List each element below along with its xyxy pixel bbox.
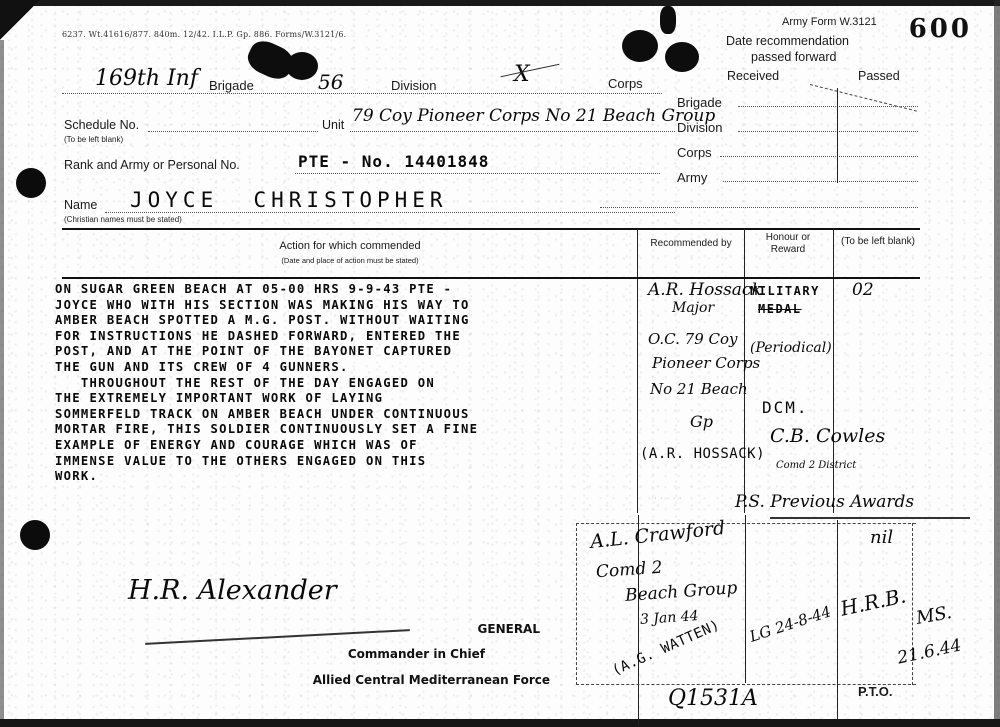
fill-line (105, 212, 675, 213)
signature: H.R. Alexander (128, 575, 337, 606)
fill-line (723, 181, 918, 182)
citation-line: Throughout the rest of the day engaged o… (55, 376, 640, 392)
citation-text: On Sugar Green Beach at 05-00 hrs 9-9-43… (55, 282, 640, 485)
faint-print: · · · · · · (648, 495, 683, 502)
forwarding-title-1: Date recommendation (726, 34, 849, 48)
honour-medal: MEDAL (758, 302, 802, 316)
gazette-date: LG 24-8-44 (747, 602, 833, 645)
citation-line: work. (55, 469, 640, 485)
col-passed: Passed (858, 69, 900, 83)
name-label: Name (64, 198, 97, 212)
corps-value: X (514, 62, 530, 87)
citation-line: Amber Beach spotted a M.G. Post. Without… (55, 313, 640, 329)
citation-line: post, and at the point of the bayonet ca… (55, 344, 640, 360)
award-recommendation-form: 6237. Wt.41616/877. 840m. 12/42. I.L.P. … (0, 0, 1000, 727)
citation-line: On Sugar Green Beach at 05-00 hrs 9-9-43… (55, 282, 640, 298)
citation-line: Joyce who with his section was making hi… (55, 298, 640, 314)
honour-periodical: (Periodical) (750, 340, 832, 356)
forwarding-title-2: passed forward (751, 50, 836, 64)
corps-label: Corps (608, 76, 643, 91)
citation-line: example of energy and courage which was … (55, 438, 640, 454)
punch-hole-icon (16, 168, 46, 198)
honour-signature: C.B. Cowles (770, 425, 885, 447)
division-label: Division (391, 78, 437, 93)
citation-line: immense value to the others engaged on t… (55, 454, 640, 470)
division-value: 56 (318, 70, 343, 94)
fill-line (738, 131, 918, 132)
scan-edge-left (0, 40, 4, 727)
header-blank: (To be left blank) (838, 236, 918, 248)
underline (770, 517, 970, 519)
citation-line: the extremely important work of laying (55, 391, 640, 407)
table-header-rule (62, 277, 920, 279)
reference-number: Q1531A (668, 686, 758, 711)
endorsement-box-top (576, 523, 916, 524)
slash-line (810, 84, 917, 112)
fill-line (738, 106, 918, 107)
endorsement-divider (837, 520, 838, 720)
recommended-by-line: (A.R. HOSSACK) (640, 446, 765, 462)
fill-line (350, 131, 675, 132)
schedule-note: (To be left blank) (64, 135, 123, 144)
stroke (501, 64, 560, 77)
punch-hole-icon (20, 520, 50, 550)
recommended-by-line: No 21 Beach (650, 380, 748, 398)
scan-edge-right (994, 0, 1000, 727)
endorsement-box-left (576, 523, 577, 685)
citation-line: mortar fire, this soldier continuously s… (55, 422, 640, 438)
table-top-rule (62, 228, 920, 230)
signature-command: Allied Central Mediterranean Force (230, 673, 550, 687)
citation-line: the gun and its crew of 4 gunners. (55, 360, 640, 376)
rank-label: Rank and Army or Personal No. (64, 158, 240, 172)
recommended-by-line: Major (672, 300, 714, 316)
recommended-by-line: Pioneer Corps (652, 354, 760, 372)
recommended-by-line: A.R. Hossack (648, 280, 762, 300)
honour-dcm: DCM. (762, 398, 809, 417)
ms-note: MS. (914, 602, 953, 629)
divider (837, 88, 838, 183)
form-title: Army Form W.3121 (782, 16, 877, 28)
header-recommended-by: Recommended by (642, 238, 740, 250)
citation-line: Sommerfeld track on Amber Beach under co… (55, 407, 640, 423)
fill-line (62, 93, 662, 94)
previous-awards-label: P.S. Previous Awards (735, 492, 914, 512)
initials: H.R.B. (838, 583, 908, 620)
header-honour: Honour or Reward (748, 232, 828, 256)
honour-comd: Comd 2 District (776, 460, 856, 471)
unit-value: 79 Coy Pioneer Corps No 21 Beach Group (352, 106, 715, 126)
endorsement-line: Comd 2 (595, 558, 663, 583)
honour-annotation: 02 (852, 280, 874, 300)
name-note: (Christian names must be stated) (64, 215, 182, 224)
signature-line (145, 629, 410, 645)
col-received: Received (727, 69, 779, 83)
schedule-label: Schedule No. (64, 118, 139, 132)
fill-line (295, 173, 660, 174)
endorsement-line: Beach Group (624, 578, 737, 606)
rank-value: PTE - No. 14401848 (298, 152, 489, 171)
honour-military: MILITARY (750, 284, 820, 298)
ink-blot (665, 42, 699, 72)
unit-label: Unit (322, 118, 344, 132)
row-army: Army (677, 170, 707, 185)
endorsement-divider (745, 515, 746, 683)
scan-edge-top (0, 0, 1000, 6)
ink-blot (622, 30, 658, 62)
print-reference: 6237. Wt.41616/877. 840m. 12/42. I.L.P. … (62, 30, 346, 39)
header-action-note: (Date and place of action must be stated… (220, 255, 480, 267)
previous-awards-value: nil (870, 527, 893, 548)
ink-blot (286, 52, 318, 80)
pto-label: P.T.O. (858, 684, 892, 699)
row-corps: Corps (677, 145, 712, 160)
endorsement-line: 3 Jan 44 (640, 608, 700, 628)
citation-line: for instructions he dashed forward, ente… (55, 329, 640, 345)
recommended-by-line: Gp (690, 412, 713, 431)
brigade-label: Brigade (209, 78, 254, 93)
scan-corner (0, 0, 40, 40)
fill-line (600, 207, 918, 208)
signature-rank: GENERAL (420, 622, 540, 636)
scan-edge-bottom (0, 719, 1000, 727)
fill-line (720, 156, 918, 157)
ms-date: 21.6.44 (896, 635, 964, 668)
header-action: Action for which commended (220, 240, 480, 252)
ink-blot (660, 6, 676, 34)
name-value: JOYCE CHRISTOPHER (130, 188, 448, 212)
recommended-by-line: O.C. 79 Coy (648, 330, 738, 348)
fill-line (148, 131, 318, 132)
endorsement-line: (A.G. WATTEN) (610, 617, 723, 679)
brigade-value: 169th Inf (95, 66, 198, 91)
form-number: 600 (909, 14, 972, 44)
signature-title: Commander in Chief (280, 647, 485, 661)
